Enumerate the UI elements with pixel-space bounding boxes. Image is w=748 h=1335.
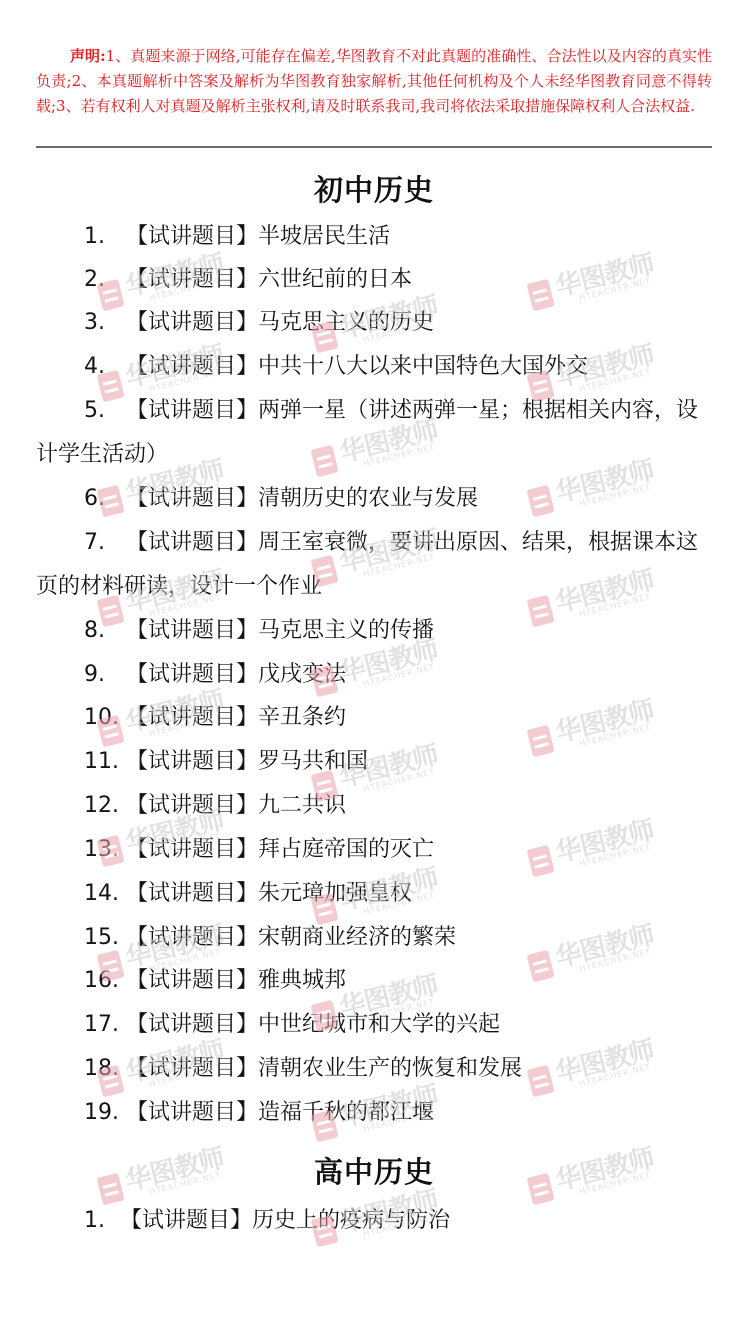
list-item: 14.【试讲题目】朱元璋加强皇权 (84, 881, 412, 907)
item-topic: 清朝历史的农业与发展 (258, 486, 478, 511)
list-item: 19.【试讲题目】造福千秋的都江堰 (84, 1100, 434, 1126)
item-topic: 朱元璋加强皇权 (258, 881, 412, 906)
item-number: 6. (84, 486, 126, 512)
item-topic: 历史上的疫病与防治 (252, 1208, 450, 1233)
watermark-logo-icon (527, 1065, 555, 1097)
item-topic: 雅典城邦 (258, 968, 346, 993)
item-topic: 六世纪前的日本 (258, 267, 412, 292)
item-tag: 【试讲题目】 (126, 837, 258, 862)
item-number: 8. (84, 618, 126, 644)
item-number: 9. (84, 662, 126, 688)
list-item: 11.【试讲题目】罗马共和国 (84, 749, 368, 775)
item-topic: 清朝农业生产的恢复和发展 (258, 1056, 522, 1081)
item-tag: 【试讲题目】 (126, 925, 258, 950)
item-number: 14. (84, 881, 126, 907)
watermark-brand-en: HTEACHER.NET (578, 276, 652, 303)
item-topic: 造福千秋的都江堰 (258, 1100, 434, 1125)
item-tag: 【试讲题目】 (126, 486, 258, 511)
item-tag: 【试讲题目】 (126, 398, 258, 423)
list-item: 8.【试讲题目】马克思主义的传播 (84, 618, 434, 644)
list-item: 1.【试讲题目】半坡居民生活 (84, 224, 390, 250)
item-topic: 马克思主义的历史 (258, 310, 434, 335)
item-topic: 九二共识 (258, 793, 346, 818)
item-tag: 【试讲题目】 (120, 1208, 252, 1233)
watermark-brand-cn: 华图教师 (551, 914, 657, 974)
watermark-brand-cn: 华图教师 (551, 243, 657, 303)
item-tag: 【试讲题目】 (126, 662, 258, 687)
item-topic: 中共十八大以来中国特色大国外交 (258, 354, 588, 379)
watermark-brand-cn: 华图教师 (551, 1029, 657, 1089)
list-item: 3.【试讲题目】马克思主义的历史 (84, 310, 434, 336)
disclaimer: 声明:1、真题来源于网络,可能存在偏差,华图教育不对此真题的准确性、合法性以及内… (36, 44, 712, 119)
item-number: 15. (84, 925, 126, 951)
item-number: 4. (84, 354, 126, 380)
item-tag: 【试讲题目】 (126, 968, 258, 993)
watermark: 华图教师HTEACHER.NET (523, 910, 663, 996)
item-number: 1. (84, 1208, 120, 1234)
list-item: 15.【试讲题目】宋朝商业经济的繁荣 (84, 925, 456, 951)
item-number: 7. (84, 521, 126, 565)
list-item: 10.【试讲题目】辛丑条约 (84, 705, 346, 731)
item-tag: 【试讲题目】 (126, 618, 258, 643)
section-title-junior-history: 初中历史 (0, 168, 748, 209)
watermark-brand-cn: 华图教师 (551, 809, 657, 869)
item-topic: 拜占庭帝国的灭亡 (258, 837, 434, 862)
item-tag: 【试讲题目】 (126, 224, 258, 249)
watermark-brand-en: HTEACHER.NET (578, 842, 652, 869)
item-number: 1. (84, 224, 126, 250)
watermark-logo-icon (527, 485, 555, 517)
section-title-senior-history: 高中历史 (0, 1150, 748, 1191)
item-topic: 辛丑条约 (258, 705, 346, 730)
item-number: 10. (84, 705, 126, 731)
watermark-brand-cn: 华图教师 (551, 689, 657, 749)
watermark: 华图教师HTEACHER.NET (523, 239, 663, 325)
watermark-brand-en: HTEACHER.NET (362, 767, 436, 794)
item-number: 19. (84, 1100, 126, 1126)
item-tag: 【试讲题目】 (126, 793, 258, 818)
item-tag: 【试讲题目】 (126, 267, 258, 292)
item-tag: 【试讲题目】 (126, 1012, 258, 1037)
item-number: 12. (84, 793, 126, 819)
list-item: 2.【试讲题目】六世纪前的日本 (84, 267, 412, 293)
watermark-brand-en: HTEACHER.NET (578, 482, 652, 509)
list-item: 4.【试讲题目】中共十八大以来中国特色大国外交 (84, 354, 588, 380)
disclaimer-text: 1、真题来源于网络,可能存在偏差,华图教育不对此真题的准确性、合法性以及内容的真… (36, 47, 712, 115)
item-topic: 宋朝商业经济的繁荣 (258, 925, 456, 950)
item-number: 18. (84, 1056, 126, 1082)
list-item: 16.【试讲题目】雅典城邦 (84, 968, 346, 994)
list-item: 12.【试讲题目】九二共识 (84, 793, 346, 819)
list-item: 1.【试讲题目】历史上的疫病与防治 (84, 1208, 450, 1234)
item-number: 13. (84, 837, 126, 863)
item-tag: 【试讲题目】 (126, 749, 258, 774)
item-tag: 【试讲题目】 (126, 881, 258, 906)
list-item: 18.【试讲题目】清朝农业生产的恢复和发展 (84, 1056, 522, 1082)
list-item: 9.【试讲题目】戊戌变法 (84, 662, 346, 688)
item-tag: 【试讲题目】 (126, 310, 258, 335)
watermark: 华图教师HTEACHER.NET (523, 685, 663, 771)
watermark-brand-en: HTEACHER.NET (578, 722, 652, 749)
item-tag: 【试讲题目】 (126, 705, 258, 730)
item-number: 5. (84, 389, 126, 433)
item-number: 3. (84, 310, 126, 336)
watermark: 华图教师HTEACHER.NET (523, 1025, 663, 1111)
item-tag: 【试讲题目】 (126, 530, 258, 555)
list-item: 17.【试讲题目】中世纪城市和大学的兴起 (84, 1012, 500, 1038)
list-item: 6.【试讲题目】清朝历史的农业与发展 (84, 486, 478, 512)
watermark-logo-icon (527, 950, 555, 982)
watermark-brand-en: HTEACHER.NET (578, 1062, 652, 1089)
item-topic: 马克思主义的传播 (258, 618, 434, 643)
item-number: 16. (84, 968, 126, 994)
watermark-logo-icon (527, 279, 555, 311)
item-topic: 中世纪城市和大学的兴起 (258, 1012, 500, 1037)
watermark-brand-en: HTEACHER.NET (578, 947, 652, 974)
item-tag: 【试讲题目】 (126, 354, 258, 379)
list-item: 7.【试讲题目】周王室衰微，要讲出原因、结果，根据课本这页的材料研读，设计一个作… (36, 521, 716, 609)
item-tag: 【试讲题目】 (126, 1100, 258, 1125)
divider (36, 146, 712, 148)
item-topic: 罗马共和国 (258, 749, 368, 774)
item-number: 11. (84, 749, 126, 775)
watermark-brand-en: HTEACHER.NET (362, 662, 436, 689)
watermark-logo-icon (527, 725, 555, 757)
list-item: 5.【试讲题目】两弹一星（讲述两弹一星；根据相关内容，设计学生活动） (36, 389, 716, 477)
watermark: 华图教师HTEACHER.NET (523, 805, 663, 891)
item-topic: 戊戌变法 (258, 662, 346, 687)
list-item: 13.【试讲题目】拜占庭帝国的灭亡 (84, 837, 434, 863)
disclaimer-lead: 声明: (70, 47, 106, 65)
item-number: 17. (84, 1012, 126, 1038)
item-tag: 【试讲题目】 (126, 1056, 258, 1081)
item-number: 2. (84, 267, 126, 293)
item-topic: 半坡居民生活 (258, 224, 390, 249)
watermark-logo-icon (527, 845, 555, 877)
